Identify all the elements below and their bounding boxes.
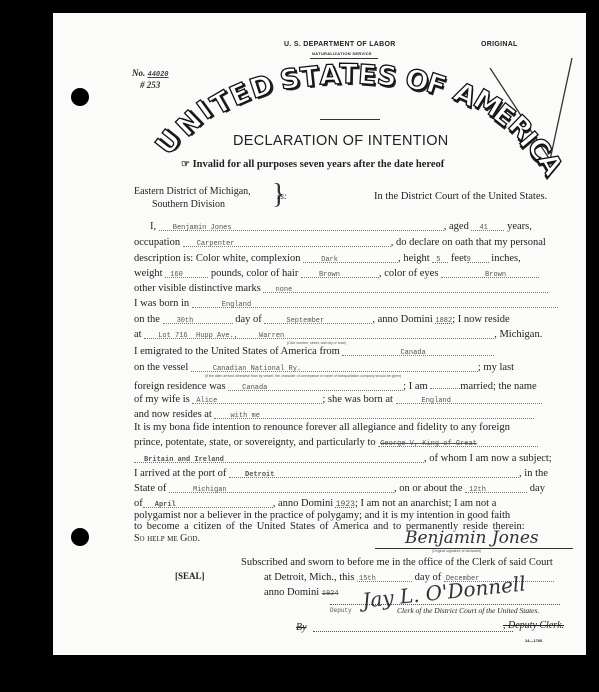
department-heading: U. S. DEPARTMENT OF LABOR <box>284 41 396 48</box>
weight-value: 160 <box>170 271 183 279</box>
weight-line: weight 160 pounds, color of hair Brown, … <box>134 267 539 280</box>
clerk-title: Clerk of the District Court of the Unite… <box>397 606 539 615</box>
court-name: In the District Court of the United Stat… <box>374 191 547 202</box>
birth-year-value: 1882 <box>435 317 452 325</box>
marks-value: none <box>275 286 292 294</box>
secondary-number: # 253 <box>140 80 160 90</box>
wife-birthplace-value: England <box>422 397 451 405</box>
by-label: By <box>296 622 307 633</box>
birth-month-value: September <box>286 317 324 325</box>
notice-text: Invalid for all purposes seven years aft… <box>193 159 445 170</box>
birthplace-value: England <box>222 301 251 309</box>
birth-day-value: 30th <box>177 317 194 325</box>
number-label: No. <box>132 68 145 78</box>
document-title: DECLARATION OF INTENTION <box>233 133 449 149</box>
arrival-state-line: State of Michigan, on or about the 12th … <box>134 482 545 495</box>
seal-label: [SEAL] <box>175 571 205 581</box>
oath-line-3: So help me God. <box>134 532 200 545</box>
copy-label: ORIGINAL <box>481 41 518 48</box>
deputy-clerk-label: , Deputy Clerk. <box>503 620 564 631</box>
vessel-value: Canadian National Ry. <box>213 365 301 373</box>
height-feet-value: 5 <box>436 256 440 264</box>
ss-label: ss: <box>277 191 287 201</box>
birthplace-line: I was born in England <box>134 297 558 310</box>
punch-hole <box>71 88 89 106</box>
title-rule <box>320 119 380 120</box>
validity-notice: ☞ Invalid for all purposes seven years a… <box>181 159 444 170</box>
wife-residence-value: with me <box>230 412 259 420</box>
hair-color-value: Brown <box>319 271 340 279</box>
wife-name-value: Alice <box>196 397 217 405</box>
arrival-day-value: 12th <box>469 486 486 494</box>
number-field: No. 44020 <box>132 68 187 79</box>
declarant-name: Benjamin Jones <box>173 224 232 232</box>
pointing-hand-icon: ☞ <box>181 159 190 170</box>
sworn-year-value: 1924 <box>322 590 339 598</box>
renounce-line-2: prince, potentate, state, or sovereignty… <box>134 436 538 449</box>
sworn-year-line: anno Domini 1924 <box>264 586 339 601</box>
subject-line: Britain and Ireland, of whom I am now a … <box>134 452 552 465</box>
wife-residence-line: and now resides at with me <box>134 408 534 421</box>
occupation-line: occupation Carpenter, do declare on oath… <box>134 236 546 249</box>
deputy-label: Deputy <box>330 607 352 614</box>
description-line: description is: Color white, complexion … <box>134 252 521 265</box>
certificate-number: 44020 <box>148 71 187 79</box>
arrival-state-value: Michigan <box>193 486 227 494</box>
occupation-value: Carpenter <box>197 240 235 248</box>
arrival-month-value: April <box>155 501 176 509</box>
declarant-signature-hint: (Original signature of declarant) <box>432 549 481 553</box>
foreign-residence-line: foreign residence was Canada; I am marri… <box>134 378 537 393</box>
residence-line: at Lot 716 Hupp Ave., Warren, Michigan. <box>134 328 542 341</box>
declarant-signature: Benjamin Jones <box>405 528 539 548</box>
port-line: I arrived at the port of Detroit, in the <box>134 467 548 480</box>
punch-hole <box>71 528 89 546</box>
marks-line: other visible distinctive marks none <box>134 282 548 295</box>
birthdate-line: on the 30th day of September, anno Domin… <box>134 313 510 328</box>
emigrated-from-value: Canada <box>400 349 425 357</box>
sovereign-part-2: Britain and Ireland <box>144 456 224 464</box>
emigrated-line: I emigrated to the United States of Amer… <box>134 345 494 358</box>
sworn-day-value: 15th <box>359 575 376 583</box>
height-inches-value: 9 <box>467 256 471 264</box>
district-line-2: Southern Division <box>152 198 225 211</box>
arrival-year-value: 1923 <box>336 500 355 509</box>
vessel-line: on the vessel Canadian National Ry.; my … <box>134 361 514 374</box>
port-value: Detroit <box>245 471 274 479</box>
wife-line: of my wife is Alice; she was born at Eng… <box>134 393 542 406</box>
district-line-1: Eastern District of Michigan, <box>134 185 251 198</box>
renounce-line-1: It is my bona fide intention to renounce… <box>134 421 510 434</box>
deputy-clerk-line <box>313 631 513 632</box>
age-value: 41 <box>479 224 487 232</box>
residence-value: Lot 716 Hupp Ave., Warren <box>158 332 284 340</box>
sovereign-part-1: George V, King of Great <box>380 440 477 448</box>
name-line: I, Benjamin Jones, aged 41 years, <box>150 220 532 233</box>
complexion-value: Dark <box>321 256 338 264</box>
foreign-residence-value: Canada <box>242 384 267 392</box>
service-subheading: NATURALIZATION SERVICE <box>312 51 372 56</box>
subscribed-text: Subscribed and sworn to before me in the… <box>241 556 553 569</box>
eye-color-value: Brown <box>485 271 506 279</box>
form-code: 14—1766 <box>525 638 542 643</box>
